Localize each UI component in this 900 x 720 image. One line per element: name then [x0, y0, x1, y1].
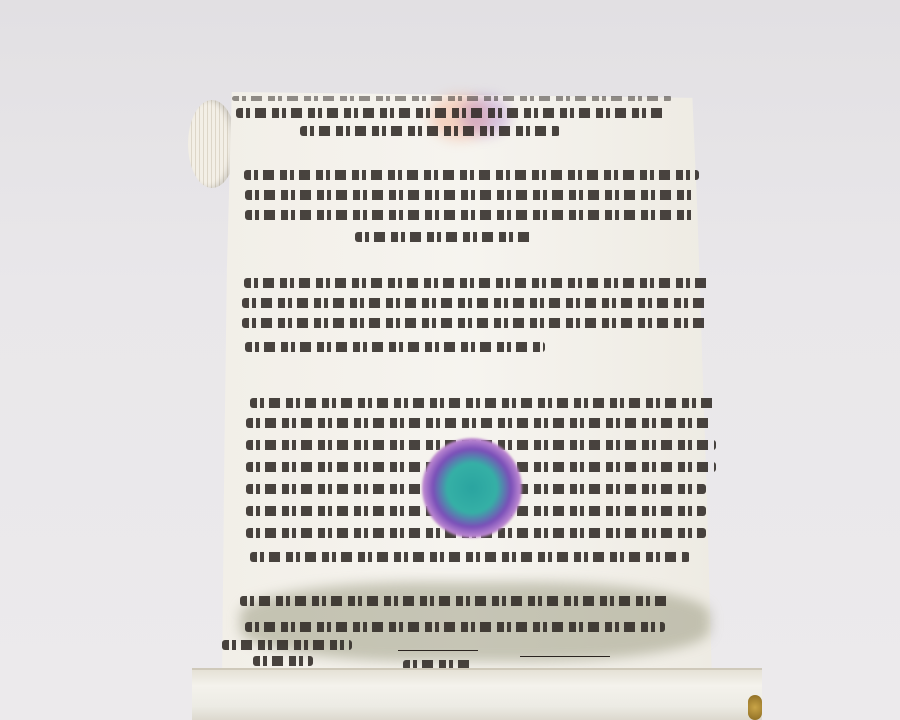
scroll-rod-cap [748, 695, 762, 720]
scroll-bottom-roll [192, 668, 762, 720]
photo-scene: Photograph of an old handwritten Ottoman… [0, 0, 900, 720]
colored-seal-stamp [422, 438, 522, 538]
scene-description: Photograph of an old handwritten Ottoman… [0, 0, 1, 1]
scroll-top-roll [188, 100, 236, 188]
